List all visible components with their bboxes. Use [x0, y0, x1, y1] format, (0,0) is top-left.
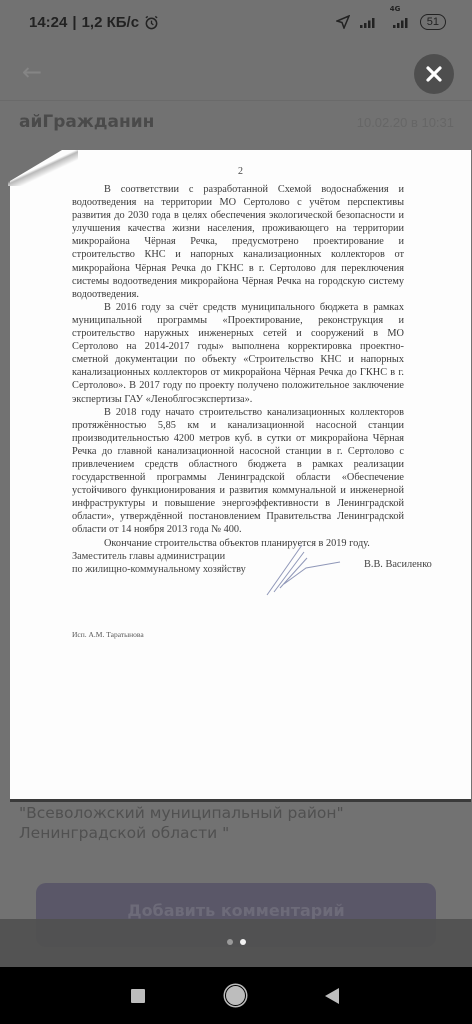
signal-strength-icon [360, 16, 378, 28]
home-icon[interactable] [225, 985, 246, 1006]
post-author: айГражданин [19, 112, 154, 132]
signal-strength-4g-icon [388, 16, 410, 28]
close-viewer-button[interactable] [414, 54, 454, 94]
document-executor: Исп. А.М. Таратынова [72, 630, 144, 639]
document-paragraph: В соответствии с разработанной Схемой во… [72, 183, 404, 301]
app-header: ← [0, 44, 472, 101]
network-4g-indicator: 4G [388, 13, 410, 32]
status-left: 14:24 | 1,2 КБ/с [29, 14, 159, 31]
alarm-clock-icon [144, 15, 159, 30]
gallery-pager [0, 939, 472, 945]
status-right: 4G 51 [336, 13, 446, 32]
back-triangle-icon[interactable] [325, 988, 339, 1004]
pager-dot-2-active[interactable] [240, 939, 246, 945]
document-paragraph: В 2018 году начато строительство канализ… [72, 406, 404, 537]
document-paragraph: В 2016 году за счёт средств муниципально… [72, 301, 404, 406]
document-page-number: 2 [10, 166, 471, 177]
status-separator: | [72, 14, 76, 31]
document-body: В соответствии с разработанной Схемой во… [72, 183, 404, 550]
document-image[interactable]: 2 В соответствии с разработанной Схемой … [10, 150, 471, 802]
close-icon [425, 65, 443, 83]
location-arrow-icon [336, 15, 350, 29]
handwritten-signature-icon [262, 540, 342, 600]
system-nav-bar [0, 967, 472, 1024]
status-bar: 14:24 | 1,2 КБ/с 4G 51 [0, 0, 472, 44]
post-header: айГражданин 10.02.20 в 10:31 [0, 102, 472, 144]
signatory-name: В.В. Василенко [364, 558, 432, 571]
clock: 14:24 [29, 14, 67, 31]
recent-apps-icon[interactable] [131, 989, 145, 1003]
pager-dot-1[interactable] [227, 939, 233, 945]
back-arrow-icon[interactable]: ← [22, 58, 42, 86]
post-description: "Всеволожский муниципальный район" Ленин… [19, 803, 344, 843]
post-date: 10.02.20 в 10:31 [357, 115, 454, 130]
page-fold-corner [8, 150, 78, 186]
network-speed: 1,2 КБ/с [82, 14, 139, 31]
battery-indicator: 51 [420, 14, 446, 30]
signatory-title: Заместитель главы администрации по жилищ… [72, 550, 246, 576]
document-paragraph: Окончание строительства объектов планиру… [72, 537, 404, 550]
